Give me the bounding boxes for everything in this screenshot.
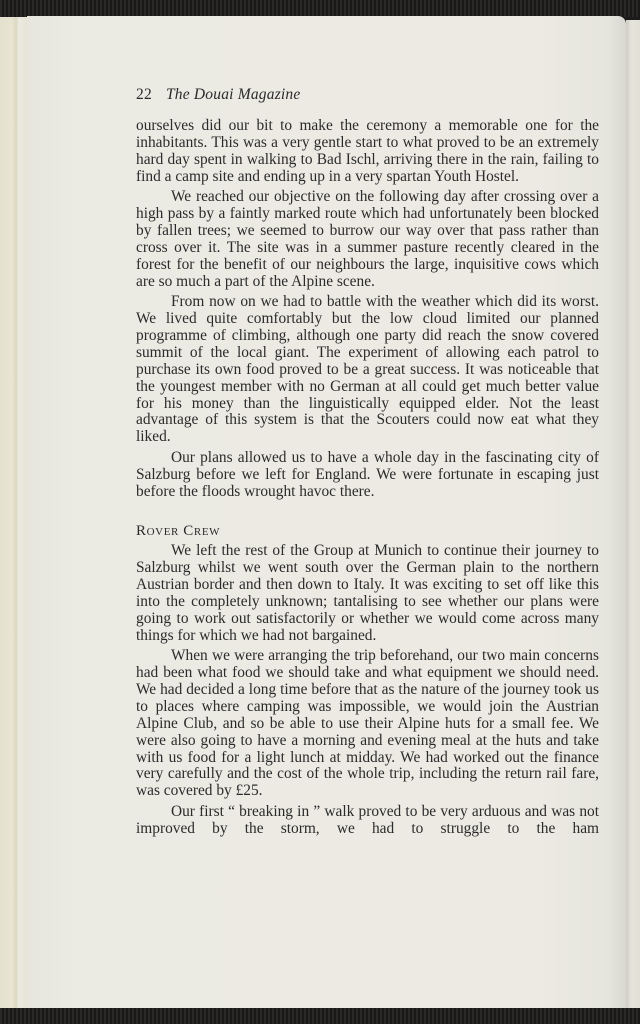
paragraph: We left the rest of the Group at Munich … [136,543,599,644]
left-page-edges [0,17,27,1008]
right-page-edge [626,20,640,1008]
paragraph: Our plans allowed us to have a whole day… [136,450,599,501]
paragraph: From now on we had to battle with the we… [136,294,599,446]
section-heading: Rover Crew [136,523,599,540]
body-text: ourselves did our bit to make the ceremo… [136,118,599,842]
magazine-title: The Douai Magazine [166,86,300,103]
running-head: 22 The Douai Magazine [136,86,300,104]
page-number: 22 [136,86,152,103]
book-binding-bottom [0,1008,640,1024]
book-binding-top [0,0,640,17]
paragraph: We reached our objective on the followin… [136,189,599,290]
paragraph: Our first “ breaking in ” walk proved to… [136,804,599,838]
paragraph: When we were arranging the trip beforeha… [136,648,599,800]
paragraph: ourselves did our bit to make the ceremo… [136,118,599,185]
